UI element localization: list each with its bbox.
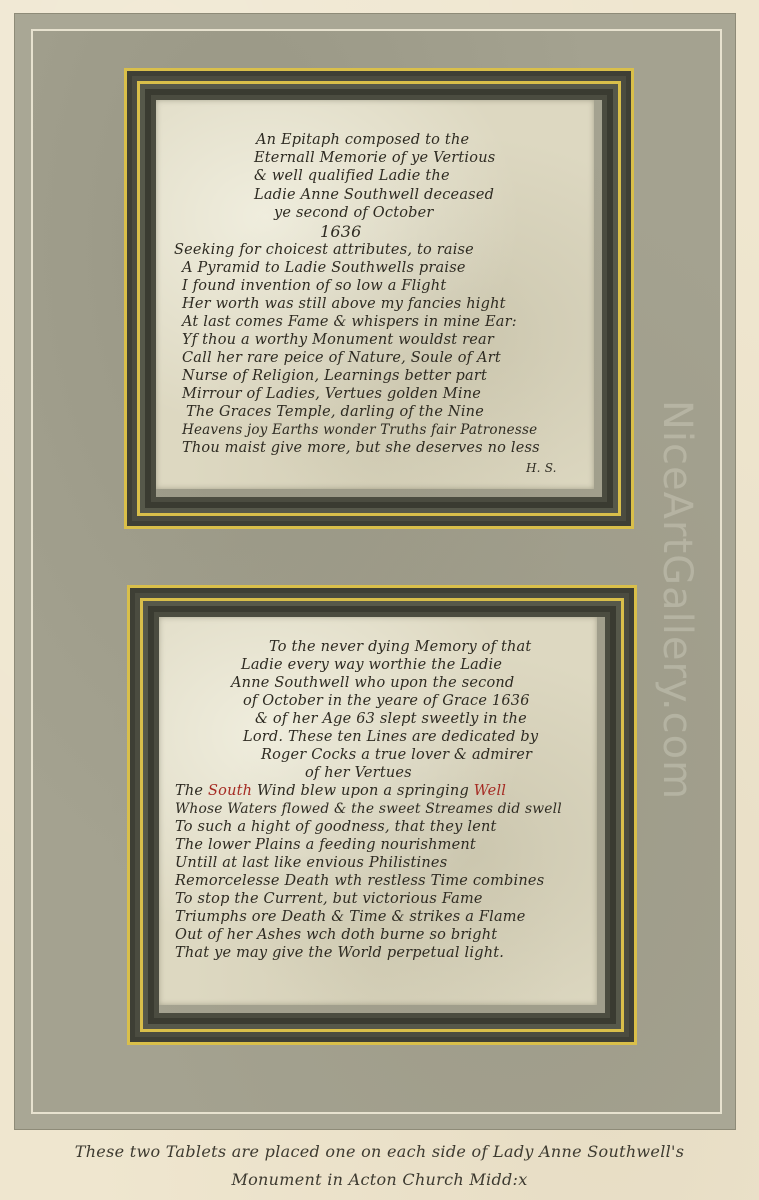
verse-line: Thou maist give more, but she deserves n…: [182, 440, 540, 456]
heading-line: Eternall Memorie of ye Vertious: [254, 150, 495, 166]
verse-text: The: [175, 783, 208, 799]
verse-line: To such a hight of goodness, that they l…: [175, 819, 497, 835]
verse-line: The lower Plains a feeding nourishment: [175, 837, 476, 853]
verse-line: Mirrour of Ladies, Vertues golden Mine: [182, 386, 481, 402]
heading-line: Anne Southwell who upon the second: [231, 675, 514, 691]
tablet-bottom-parchment: To the never dying Memory of that Ladie …: [159, 617, 597, 1005]
verse-line: Remorcelesse Death wth restless Time com…: [175, 873, 544, 889]
caption-line-2: Monument in Acton Church Midd:x: [0, 1170, 759, 1189]
verse-text: Wind blew upon a springing: [252, 783, 474, 799]
verse-line: That ye may give the World perpetual lig…: [175, 945, 504, 961]
heading-line: & well qualified Ladie the: [254, 168, 450, 184]
red-word-well: Well: [474, 783, 506, 799]
verse-line-first: The South Wind blew upon a springing Wel…: [175, 783, 506, 799]
verse-line: Whose Waters flowed & the sweet Streames…: [175, 801, 562, 817]
heading-line: of October in the yeare of Grace 1636: [243, 693, 530, 709]
caption-line-1: These two Tablets are placed one on each…: [0, 1142, 759, 1161]
heading-line: Lord. These ten Lines are dedicated by: [243, 729, 538, 745]
verse-line: Call her rare peice of Nature, Soule of …: [182, 350, 501, 366]
verse-line: The Graces Temple, darling of the Nine: [186, 404, 484, 420]
watermark: NiceArtGallery.com: [654, 400, 700, 800]
verse-line: Nurse of Religion, Learnings better part: [182, 368, 487, 384]
verse-line: Her worth was still above my fancies hig…: [182, 296, 506, 312]
verse-line: To stop the Current, but victorious Fame: [175, 891, 483, 907]
tablet-top-parchment: An Epitaph composed to the Eternall Memo…: [156, 100, 594, 489]
heading-line: of her Vertues: [305, 765, 412, 781]
heading-line: & of her Age 63 slept sweetly in the: [255, 711, 527, 727]
verse-line: Seeking for choicest attributes, to rais…: [174, 242, 474, 258]
verse-line: Out of her Ashes wch doth burne so brigh…: [175, 927, 497, 943]
signature: H. S.: [526, 461, 557, 475]
red-word-south: South: [208, 783, 252, 799]
tablet-top: An Epitaph composed to the Eternall Memo…: [124, 68, 634, 529]
verse-line: Triumphs ore Death & Time & strikes a Fl…: [175, 909, 526, 925]
heading-year: 1636: [320, 222, 362, 241]
verse-line: A Pyramid to Ladie Southwells praise: [182, 260, 466, 276]
heading-line: An Epitaph composed to the: [256, 132, 469, 148]
tablet-bottom: To the never dying Memory of that Ladie …: [127, 585, 637, 1045]
heading-line: Ladie Anne Southwell deceased: [254, 187, 494, 203]
verse-line: At last comes Fame & whispers in mine Ea…: [182, 314, 517, 330]
heading-line: To the never dying Memory of that: [269, 639, 531, 655]
verse-line: Yf thou a worthy Monument wouldst rear: [182, 332, 494, 348]
verse-line: Heavens joy Earths wonder Truths fair Pa…: [182, 422, 537, 438]
heading-line: Ladie every way worthie the Ladie: [241, 657, 502, 673]
verse-line: Untill at last like envious Philistines: [175, 855, 447, 871]
heading-line: Roger Cocks a true lover & admirer: [261, 747, 532, 763]
verse-line: I found invention of so low a Flight: [182, 278, 446, 294]
heading-line: ye second of October: [274, 205, 434, 221]
